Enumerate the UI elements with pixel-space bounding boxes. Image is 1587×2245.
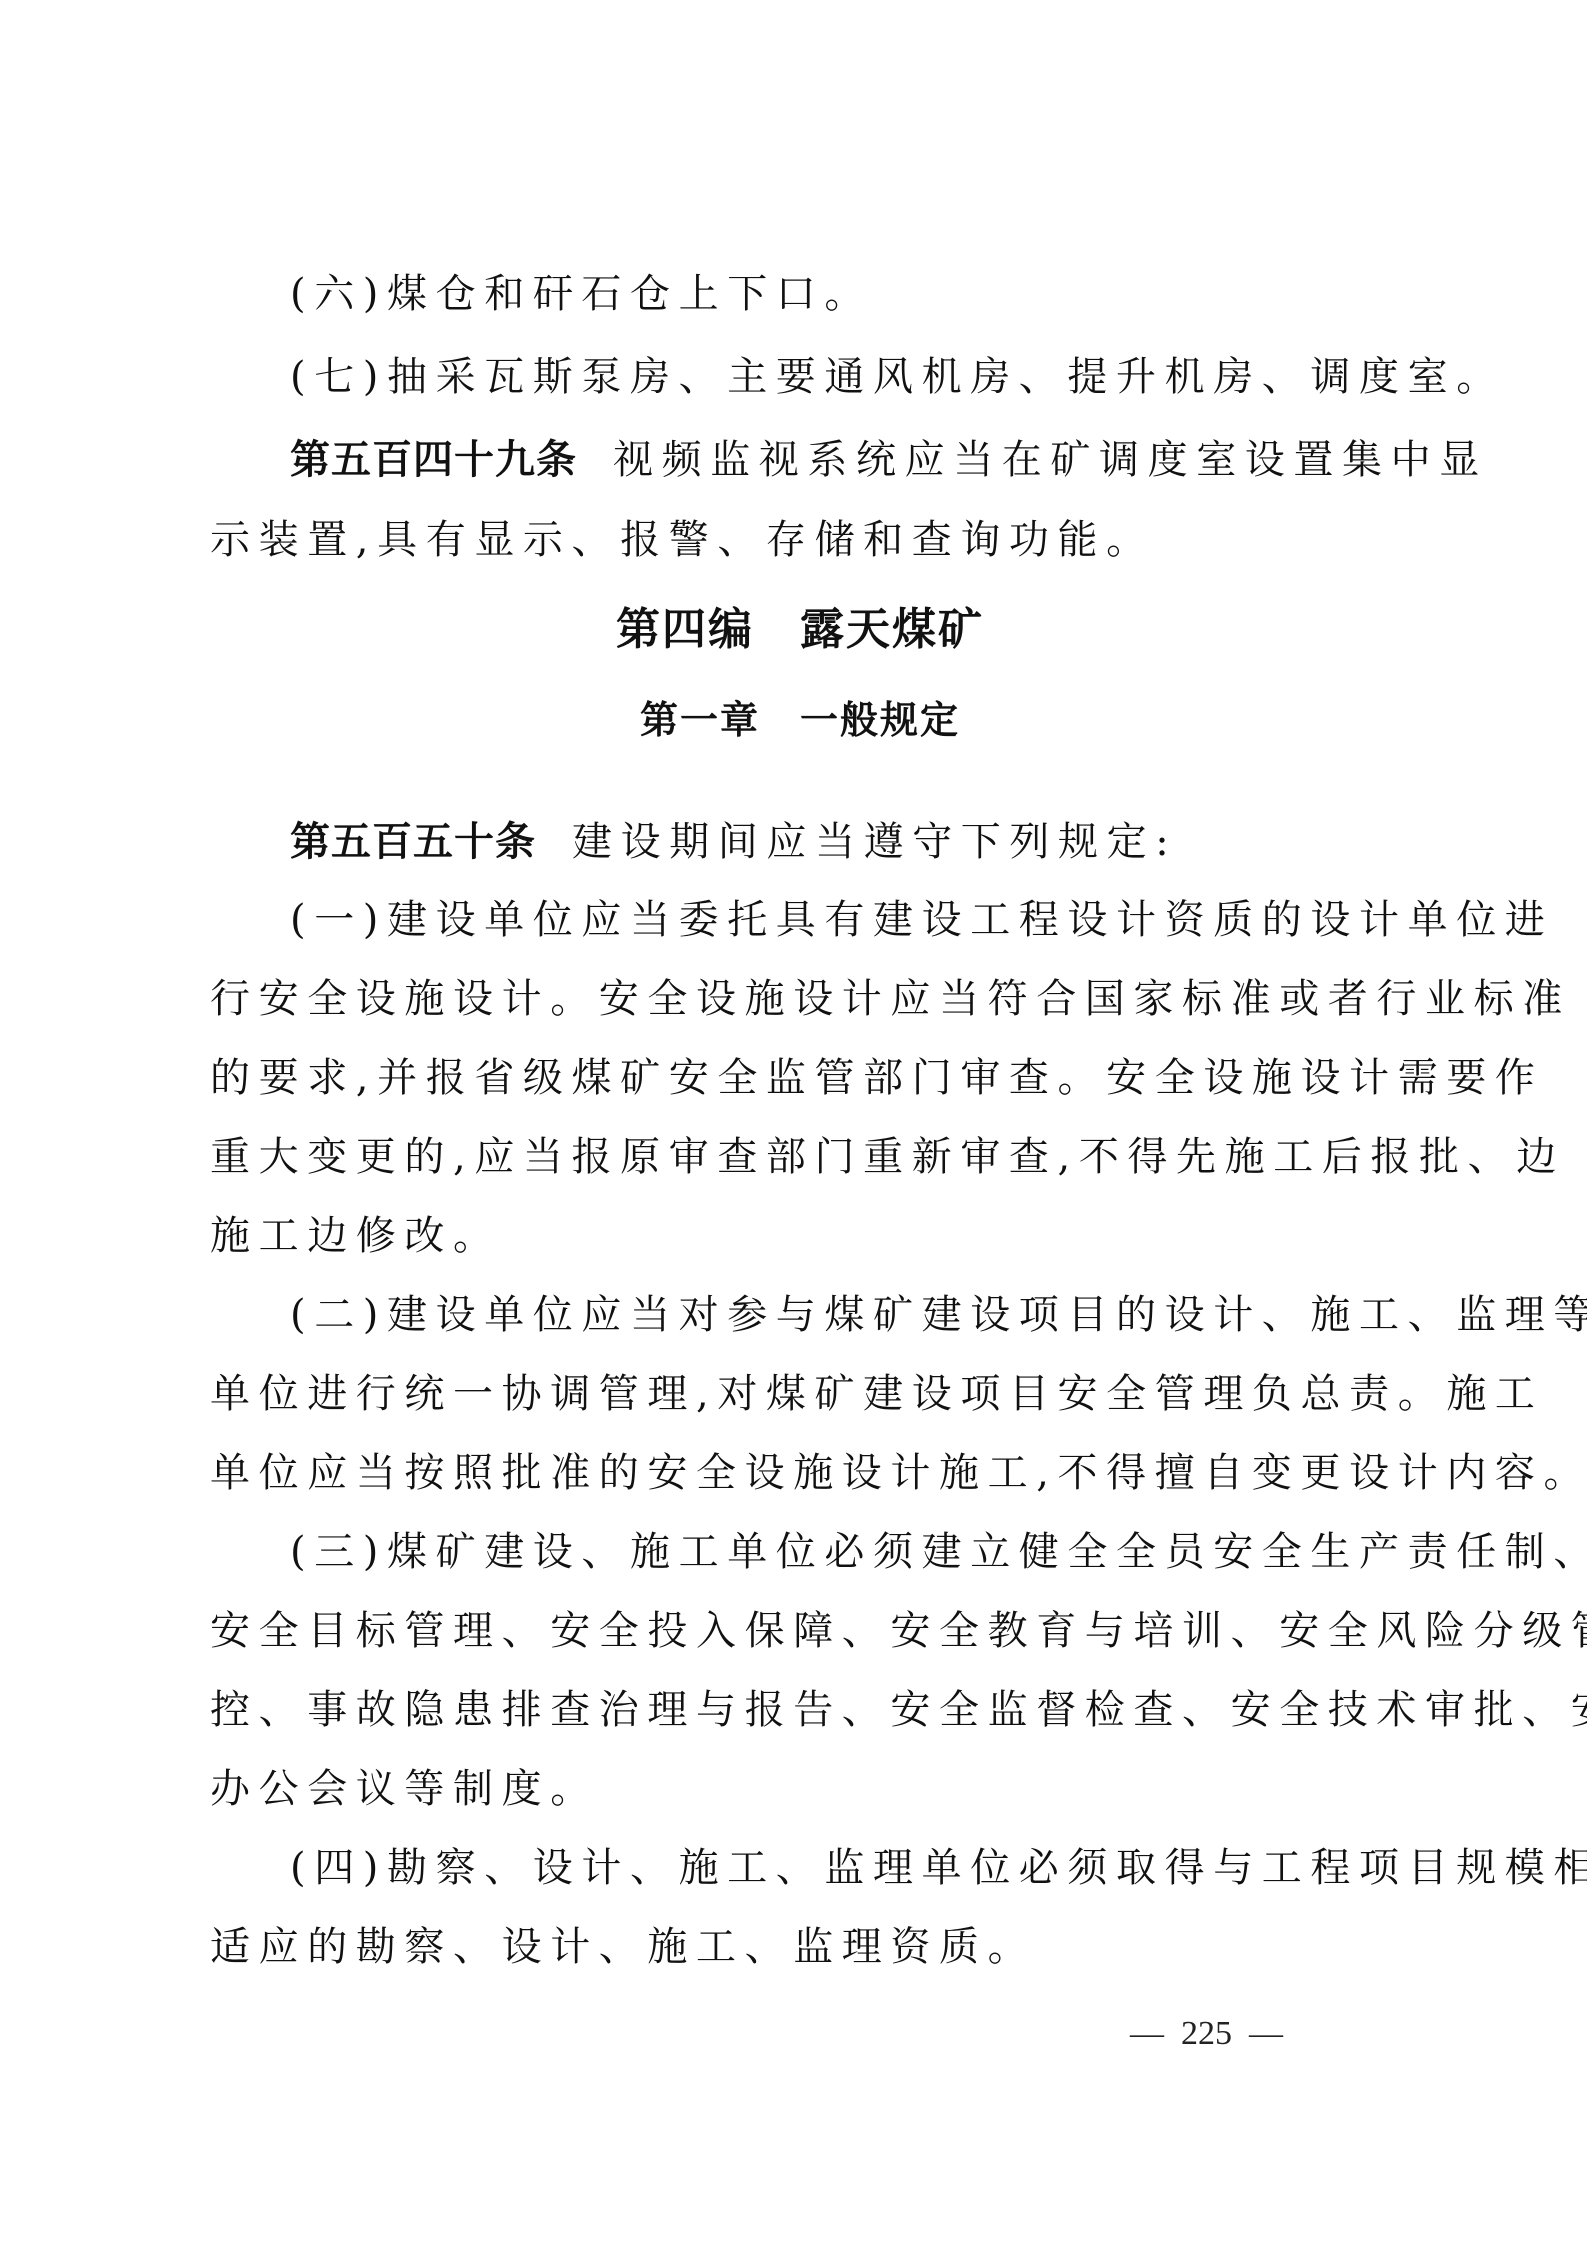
item-2-line-1: (二)建设单位应当对参与煤矿建设项目的设计、施工、监理等 — [290, 1285, 1390, 1345]
item-3-line-2: 安全目标管理、安全投入保障、安全教育与培训、安全风险分级管 — [210, 1601, 1390, 1661]
item-2-line-3: 单位应当按照批准的安全设施设计施工,不得擅自变更设计内容。 — [210, 1443, 1390, 1503]
item-2-line-2: 单位进行统一协调管理,对煤矿建设项目安全管理负总责。施工 — [210, 1364, 1390, 1424]
item-1-line-3: 的要求,并报省级煤矿安全监管部门审查。安全设施设计需要作 — [210, 1048, 1390, 1108]
item-1-line-5: 施工边修改。 — [210, 1206, 1390, 1266]
article-549-label: 第五百四十九条 — [290, 437, 577, 483]
chapter-heading: 第一章 一般规定 — [210, 690, 1390, 750]
list-item-7: (七)抽采瓦斯泵房、主要通风机房、提升机房、调度室。 — [290, 347, 1390, 407]
part-heading: 第四编 露天煤矿 — [210, 600, 1390, 660]
article-550-intro: 建设期间应当遵守下列规定: — [572, 819, 1177, 865]
article-549-text: 视频监视系统应当在矿调度室设置集中显 — [613, 437, 1488, 483]
item-4-line-1: (四)勘察、设计、施工、监理单位必须取得与工程项目规模相 — [290, 1838, 1390, 1898]
item-3-line-1: (三)煤矿建设、施工单位必须建立健全全员安全生产责任制、 — [290, 1522, 1390, 1582]
list-item-6: (六)煤仓和矸石仓上下口。 — [290, 264, 1390, 324]
article-549-first-line: 第五百四十九条视频监视系统应当在矿调度室设置集中显 — [290, 430, 1390, 490]
page-number: — 225 — — [1130, 2014, 1283, 2054]
item-1-line-1: (一)建设单位应当委托具有建设工程设计资质的设计单位进 — [290, 890, 1390, 950]
item-4-line-2: 适应的勘察、设计、施工、监理资质。 — [210, 1917, 1390, 1977]
item-3-line-4: 办公会议等制度。 — [210, 1759, 1390, 1819]
article-550-label: 第五百五十条 — [290, 819, 536, 865]
article-550-first-line: 第五百五十条建设期间应当遵守下列规定: — [290, 812, 1390, 872]
article-549-second-line: 示装置,具有显示、报警、存储和查询功能。 — [210, 510, 1390, 570]
item-1-line-2: 行安全设施设计。安全设施设计应当符合国家标准或者行业标准 — [210, 969, 1390, 1029]
item-1-line-4: 重大变更的,应当报原审查部门重新审查,不得先施工后报批、边 — [210, 1127, 1390, 1187]
item-3-line-3: 控、事故隐患排查治理与报告、安全监督检查、安全技术审批、安全 — [210, 1680, 1390, 1740]
